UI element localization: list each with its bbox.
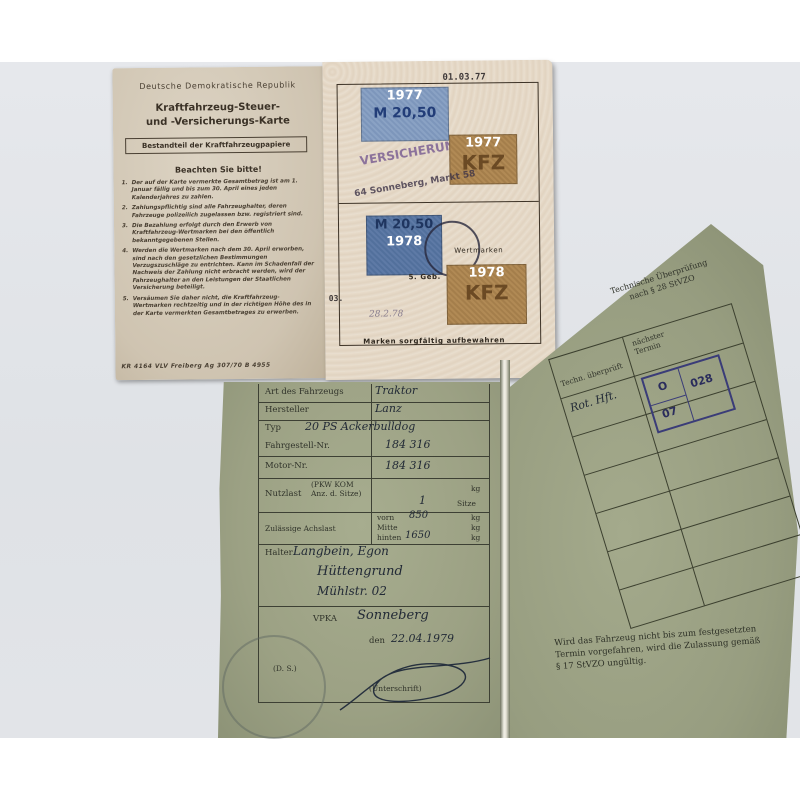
date-stamp-top: 01.03.77 bbox=[442, 72, 485, 82]
rule-item: 5.Versäumen Sie daher nicht, die Kraftfa… bbox=[123, 294, 317, 318]
row-type: Typ 20 PS Ackerbulldog bbox=[259, 420, 489, 438]
footer-caption: Marken sorgfältig aufbewahren bbox=[363, 336, 505, 345]
col-header-next: nächster Termin bbox=[631, 322, 694, 357]
date-stamp-bottom: 03. bbox=[329, 294, 344, 303]
rule-item: 4.Werden die Wertmarken nach dem 30. Apr… bbox=[122, 246, 316, 292]
official-seal-stamp bbox=[222, 635, 326, 739]
grid-divider bbox=[339, 201, 539, 204]
row-vpka: VPKA Sonneberg bbox=[259, 606, 489, 630]
notice-heading: Beachten Sie bitte! bbox=[113, 164, 323, 175]
tax-insurance-card: Deutsche Demokratische Republik Kraftfah… bbox=[112, 64, 555, 385]
row-vehicle-type: Art des Fahrzeugs Traktor bbox=[259, 384, 489, 403]
card-title: Kraftfahrzeug-Steuer- und -Versicherungs… bbox=[113, 100, 323, 130]
rule-item: 1.Der auf der Karte vermerkte Gesamtbetr… bbox=[122, 178, 316, 202]
issuing-state: Deutsche Demokratische Republik bbox=[113, 80, 323, 91]
row-engine-number: Motor-Nr. 184 316 bbox=[259, 456, 489, 479]
col-header-checked: Techn. überprüft bbox=[560, 360, 628, 388]
checked-entry: Rot. Hft. bbox=[569, 388, 619, 414]
tax-card-left-page: Deutsche Demokratische Republik Kraftfah… bbox=[112, 66, 327, 380]
row-chassis-number: Fahrgestell-Nr. 184 316 bbox=[259, 438, 489, 457]
rule-item: 2.Zahlungspflichtig sind alle Fahrzeugha… bbox=[122, 203, 316, 220]
printer-line: KR 4164 VLV Freiberg Ag 307/70 B 4955 bbox=[121, 362, 270, 371]
row-manufacturer: Hersteller Lanz bbox=[259, 402, 489, 421]
row-owner: Halter Langbein, Egon Hüttengrund Mühlst… bbox=[259, 544, 489, 607]
handwritten-date: 28.2.78 bbox=[369, 309, 403, 319]
rules-list: 1.Der auf der Karte vermerkte Gesamtbetr… bbox=[122, 178, 317, 321]
boxed-note: Bestandteil der Kraftfahrzeugpapiere bbox=[125, 136, 307, 154]
booklet-spine bbox=[500, 360, 510, 738]
tax-stamp-1977-value: 1977 M 20,50 bbox=[361, 87, 450, 142]
fee-label: 5. Geb. bbox=[409, 273, 441, 281]
row-axle-load: Zulässige Achslast vorn 850 kg Mitte kg … bbox=[259, 512, 489, 545]
tax-stamp-1978-kfz: 1978 KFZ bbox=[446, 264, 527, 325]
wertmarken-label: Wertmarken bbox=[454, 246, 503, 255]
rule-item: 3.Die Bezahlung erfolgt durch den Erwerb… bbox=[122, 221, 316, 245]
signature-scribble bbox=[330, 650, 500, 720]
row-payload: Nutzlast (PKW KOM Anz. d. Sitze) kg 1 Si… bbox=[259, 478, 489, 513]
next-appointment-stamp: O 028 07 bbox=[641, 354, 736, 433]
tax-card-right-page: 01.03.77 1977 M 20,50 VERSICHERUNG 1977 … bbox=[322, 60, 555, 380]
card-title-line2: und -Versicherungs-Karte bbox=[113, 114, 323, 130]
